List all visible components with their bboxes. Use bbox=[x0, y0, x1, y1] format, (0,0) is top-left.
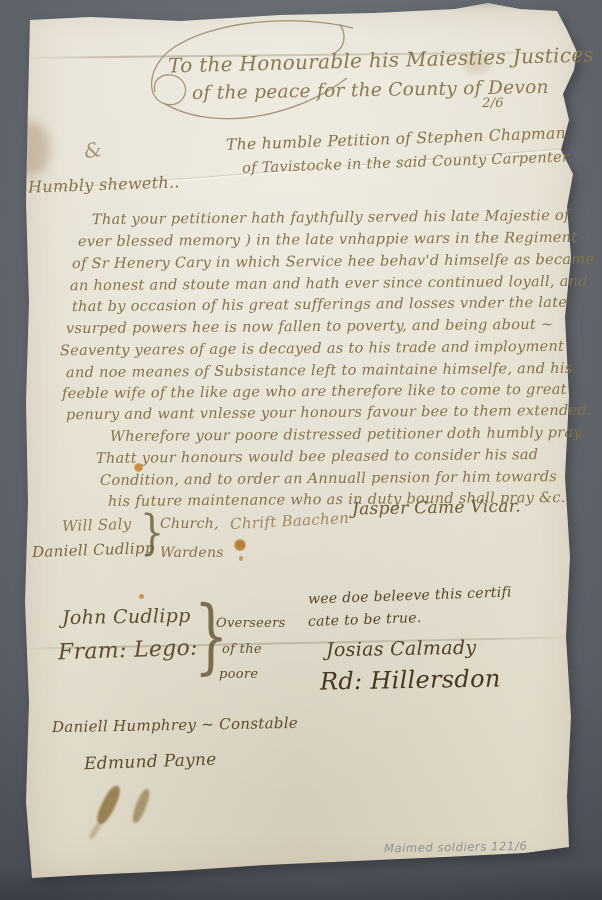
ink-dot bbox=[139, 594, 144, 599]
manuscript-paper bbox=[20, 2, 580, 884]
paper-shadow-wrap bbox=[0, 0, 602, 900]
wax-spot-large bbox=[234, 539, 246, 551]
foxing-spot bbox=[464, 54, 490, 74]
photo-background: & To the Honourable his Maiesties Justic… bbox=[0, 0, 602, 900]
fold-crease-diagonal bbox=[11, 147, 589, 195]
fold-crease-middle bbox=[20, 636, 580, 650]
edge-stain bbox=[14, 122, 50, 176]
ink-smudge-1 bbox=[93, 783, 123, 826]
fold-crease-top bbox=[20, 51, 580, 59]
ink-smudge-tail bbox=[88, 822, 103, 840]
ink-smudge-2 bbox=[130, 787, 152, 824]
wax-spot-tiny bbox=[239, 556, 243, 561]
wax-spot-small bbox=[134, 463, 143, 472]
